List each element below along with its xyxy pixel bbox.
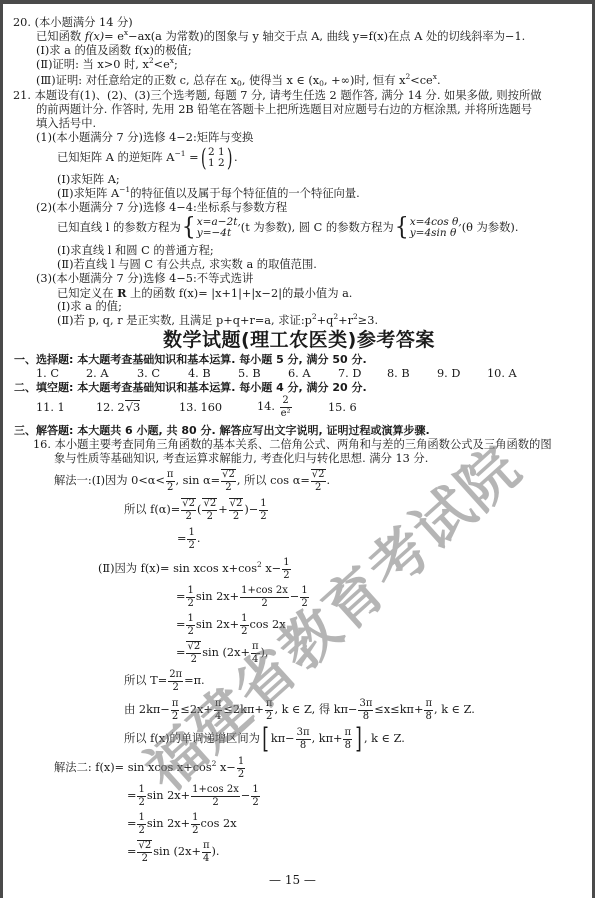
- text: 解法一:(Ⅰ)因为 0<α<: [54, 474, 165, 487]
- numerator: 2: [221, 469, 236, 482]
- fraction: π2: [265, 699, 274, 722]
- fraction: 12: [237, 757, 245, 780]
- fraction: 22: [137, 840, 152, 864]
- text: cos 2x: [201, 817, 237, 830]
- denominator: 8: [424, 711, 433, 722]
- q16-monotonic-interval: 所以 f(x)的单调递增区间为[kπ−3π8, kπ+π8], k ∈ Z.: [124, 726, 405, 752]
- fill-answer-12: 12. 23: [96, 401, 140, 415]
- text: 12. 2: [96, 401, 125, 414]
- left-brace: {: [395, 217, 409, 239]
- q16-f-alpha-result: =12.: [177, 526, 200, 552]
- left-bracket: [: [262, 727, 269, 751]
- denominator: 2: [282, 570, 290, 581]
- text: , kπ+: [312, 732, 343, 745]
- numerator: π: [171, 699, 180, 711]
- denominator: 2: [251, 797, 259, 808]
- text: 所以 T=: [124, 674, 167, 687]
- text: <e: [154, 58, 170, 71]
- denominator: 4: [202, 853, 211, 864]
- text: , 使得当 x ∈ (x: [242, 74, 319, 87]
- text: .: [234, 151, 238, 164]
- page-number: — 15 —: [269, 873, 316, 887]
- denominator: 2: [166, 482, 175, 493]
- q16-increasing-condition: 由 2kπ−π2≤2x+π4≤2kπ+π2, k ∈ Z, 得 kπ−3π8≤x…: [124, 697, 475, 723]
- text: +q: [317, 314, 334, 327]
- fraction: 22: [202, 498, 217, 522]
- denominator: 2: [186, 598, 194, 609]
- numerator: π: [251, 642, 260, 654]
- text: sin (2x+: [202, 646, 250, 659]
- denominator: 8: [296, 740, 311, 751]
- text: ≤2x+: [180, 703, 213, 716]
- text: (Ⅱ)求矩阵 A: [57, 187, 119, 200]
- text: 已知直线 l 的参数方程为: [57, 221, 181, 234]
- text: (t 为参数), 圆 C 的参数方程为: [241, 221, 394, 234]
- q21-intro-line1: 21. 本题设有(1)、(2)、(3)三个选考题, 每题 7 分, 请考生任选 …: [13, 89, 542, 103]
- numerator: 1+cos 2x: [191, 785, 240, 797]
- fraction: 12: [186, 586, 194, 609]
- q20-part2: (Ⅱ)证明: 当 x>0 时, x2<ex;: [36, 58, 178, 72]
- fraction: π8: [424, 699, 433, 722]
- denominator: 2: [300, 598, 308, 609]
- q21-s2-stem: 已知直线 l 的参数方程为{x=a−2t,y=−4t(t 为参数), 圆 C 的…: [57, 215, 518, 241]
- numerator: 1+cos 2x: [240, 586, 289, 598]
- choice-answer: 8. B: [387, 367, 410, 381]
- q21-s2-part2: (Ⅱ)若直线 l 与圆 C 有公共点, 求实数 a 的取值范围.: [57, 258, 317, 272]
- fraction: 22: [221, 469, 236, 493]
- choice-answer: 2. A: [86, 367, 109, 381]
- text: 所以 f(α)=: [124, 503, 180, 516]
- fraction: 2π2: [168, 670, 183, 693]
- text: kπ−: [271, 732, 295, 745]
- q21-intro-line3: 填入括号中.: [36, 117, 96, 131]
- fraction: 2e²: [280, 396, 292, 419]
- q16-number: 16.: [33, 438, 51, 451]
- text: cos 2x: [250, 618, 286, 631]
- q21-s3-part2: (Ⅱ)若 p, q, r 是正实数, 且满足 p+q+r=a, 求证:p2+q2…: [57, 314, 378, 328]
- q21-s3-stem: 已知定义在 R 上的函数 f(x)= |x+1|+|x−2|的最小值为 a.: [57, 286, 352, 301]
- q20-number: 20.: [13, 16, 31, 29]
- numerator: 1: [300, 586, 308, 598]
- numerator: π: [166, 470, 175, 482]
- q21-s1-part2: (Ⅱ)求矩阵 A−1的特征值以及属于每个特征值的一个特征向量.: [57, 187, 360, 201]
- denominator: 2: [186, 626, 194, 637]
- numerator: 2: [202, 498, 217, 511]
- denominator: 2: [221, 482, 236, 493]
- fraction: π2: [166, 470, 175, 493]
- numerator: 2: [229, 498, 244, 511]
- q16-period: 所以 T=2π2=π.: [124, 668, 205, 694]
- numerator: 1: [251, 785, 259, 797]
- fraction: 22: [311, 469, 326, 493]
- fraction: 22: [186, 641, 201, 665]
- q16-m2-line1: 解法二: f(x)= sin xcos x+cos2 x−12: [54, 755, 246, 781]
- q21-s2-part1: (Ⅰ)求直线 l 和圆 C 的普通方程;: [57, 244, 214, 258]
- q21-s1-part1: (Ⅰ)求矩阵 A;: [57, 173, 120, 187]
- numerator: 2: [280, 396, 292, 408]
- fraction: 1+cos 2x2: [191, 785, 240, 808]
- text: +r: [338, 314, 353, 327]
- numerator: 2: [186, 641, 201, 654]
- left-paren: (: [200, 147, 206, 169]
- denominator: 2: [168, 682, 183, 693]
- numerator: 1: [137, 785, 145, 797]
- fraction: π4: [202, 841, 211, 864]
- fraction: 12: [300, 586, 308, 609]
- q21-s3-header: (3)(本小题满分 7 分)选修 4−5:不等式选讲: [36, 272, 253, 286]
- denominator: 2: [240, 598, 289, 609]
- text: sin 2x+: [147, 817, 190, 830]
- numerator: 3π: [296, 728, 311, 740]
- numerator: 2: [311, 469, 326, 482]
- q20-part1: (Ⅰ)求 a 的值及函数 f(x)的极值;: [36, 44, 192, 58]
- fraction: 12: [186, 614, 194, 637]
- q20-header: 20. (本小题满分 14 分): [13, 16, 133, 30]
- denominator: 2: [191, 797, 240, 808]
- text: −ax(a 为常数)的图象与 y 轴交于点 A, 曲线 y=f(x)在点 A 处…: [128, 30, 525, 43]
- text: (θ 为参数).: [462, 221, 519, 234]
- matrix: 2 11 2: [208, 147, 225, 169]
- denominator: 2: [240, 626, 248, 637]
- q16-intro-line1: 16. 本小题主要考查同角三角函数的基本关系、二倍角公式、两角和与差的三角函数公…: [33, 438, 552, 452]
- right-bracket: ]: [355, 727, 362, 751]
- text: , 所以 cos α=: [237, 474, 310, 487]
- fill-answer-15: 15. 6: [328, 401, 357, 415]
- q16-m2-step3: =22sin (2x+π4).: [127, 839, 220, 865]
- q20-score: (本小题满分 14 分): [35, 16, 133, 29]
- fraction: 22: [181, 498, 196, 522]
- text: =: [177, 532, 186, 545]
- matrix-row: 1 2: [208, 158, 225, 169]
- fill-answer-14: 14. 2e²: [257, 393, 293, 421]
- numerator: 2: [181, 498, 196, 511]
- fill-answer-11: 11. 1: [36, 401, 65, 415]
- numerator: 1: [137, 813, 145, 825]
- fraction: π2: [171, 699, 180, 722]
- denominator: 2: [181, 511, 196, 522]
- q21-number: 21.: [13, 89, 31, 102]
- text: =π.: [184, 674, 204, 687]
- choice-answer: 10. A: [487, 367, 517, 381]
- numerator: 1: [187, 528, 195, 540]
- fraction: 3π8: [358, 699, 373, 722]
- denominator: 2: [229, 511, 244, 522]
- q21-s2-header: (2)(本小题满分 7 分)选修 4−4:坐标系与参数方程: [36, 201, 287, 215]
- denominator: 8: [343, 740, 352, 751]
- fraction: 1+cos 2x2: [240, 586, 289, 609]
- text: x−: [262, 562, 281, 575]
- q16-intro-line2: 象与性质等基础知识, 考查运算求解能力, 考查化归与转化思想. 满分 13 分.: [54, 452, 428, 466]
- fill-answer-13: 13. 160: [179, 401, 222, 415]
- fraction: 12: [259, 499, 267, 522]
- choice-answer: 9. D: [437, 367, 460, 381]
- q16-f-alpha: 所以 f(α)=22(22+22)−12: [124, 497, 269, 523]
- text: <ce: [410, 74, 432, 87]
- left-brace: {: [182, 217, 196, 239]
- numerator: 1: [186, 586, 194, 598]
- text: 的特征值以及属于每个特征值的一个特征向量.: [130, 187, 360, 200]
- denominator: 2: [137, 853, 152, 864]
- q20-stem: 已知函数 f(x)= ex−ax(a 为常数)的图象与 y 轴交于点 A, 曲线…: [36, 30, 525, 44]
- text: −1: [174, 149, 185, 158]
- text: , k ∈ Z.: [434, 703, 475, 716]
- text: (Ⅱ)因为 f(x)= sin xcos x+cos: [98, 562, 257, 575]
- text: .: [437, 74, 441, 87]
- text: , k ∈ Z.: [364, 732, 405, 745]
- text: 已知函数: [36, 30, 85, 43]
- numerator: 2π: [168, 670, 183, 682]
- denominator: 2: [187, 540, 195, 551]
- fraction: π8: [343, 728, 352, 751]
- document-page: 20. (本小题满分 14 分) 已知函数 f(x)= ex−ax(a 为常数)…: [3, 4, 592, 898]
- q20-part3: (Ⅲ)证明: 对任意给定的正数 c, 总存在 x0, 使得当 x ∈ (x0, …: [36, 74, 441, 88]
- section3-header: 三、解答题: 本大题共 6 小题, 共 80 分. 解答应写出文字说明, 证明过…: [14, 424, 430, 438]
- fraction: 12: [191, 813, 199, 836]
- eq-row: y=4sin θ: [410, 228, 462, 239]
- text: = e: [104, 30, 124, 43]
- eq-row: y=−4t: [197, 228, 241, 239]
- section1-header: 一、选择题: 本大题考查基础知识和基本运算. 每小题 5 分, 满分 50 分.: [14, 353, 367, 367]
- text: 解法二: f(x)= sin xcos x+cos: [54, 761, 212, 774]
- choice-answer: 3. C: [137, 367, 160, 381]
- fraction: π4: [251, 642, 260, 665]
- denominator: 2: [237, 769, 245, 780]
- denominator: 2: [171, 711, 180, 722]
- sqrt: 3: [125, 400, 140, 414]
- text: ),: [261, 646, 269, 659]
- fraction: 12: [240, 614, 248, 637]
- text: (Ⅱ)若 p, q, r 是正实数, 且满足 p+q+r=a, 求证:p: [57, 314, 312, 327]
- fraction: 12: [282, 558, 290, 581]
- denominator: 2: [186, 654, 201, 665]
- text: ≥3.: [358, 314, 378, 327]
- q16-m2-step1: =12sin 2x+1+cos 2x2−12: [127, 783, 261, 809]
- text: ;: [174, 58, 178, 71]
- text: , sin α=: [176, 474, 221, 487]
- text: 已知矩阵 A 的逆矩阵 A: [57, 151, 174, 164]
- text: sin 2x+: [147, 789, 190, 802]
- q21-s1-stem: 已知矩阵 A 的逆矩阵 A−1 =(2 11 2).: [57, 145, 238, 171]
- choice-answer: 1. C: [36, 367, 59, 381]
- numerator: π: [265, 699, 274, 711]
- numerator: 1: [259, 499, 267, 511]
- text: ≤x≤kπ+: [374, 703, 423, 716]
- text: =: [186, 151, 199, 164]
- text: 本题设有(1)、(2)、(3)三个选考题, 每题 7 分, 请考生任选 2 题作…: [35, 89, 542, 102]
- text: (Ⅱ)证明: 当 x>0 时, x: [36, 58, 149, 71]
- denominator: 2: [311, 482, 326, 493]
- text: ≤2kπ+: [223, 703, 263, 716]
- text: sin (2x+: [153, 845, 201, 858]
- circle-param-eq: x=4cos θ,y=4sin θ: [410, 217, 462, 239]
- q21-intro-line2: 的前两题计分. 作答时, 先用 2B 铅笔在答题卡上把所选题目对应题号右边的方框…: [36, 103, 532, 117]
- q21-s1-header: (1)(本小题满分 7 分)选修 4−2:矩阵与变换: [36, 131, 253, 145]
- section2-header: 二、填空题: 本大题考查基础知识和基本运算. 每小题 4 分, 满分 20 分.: [14, 381, 367, 395]
- text: ).: [212, 845, 220, 858]
- choice-answer: 4. B: [188, 367, 211, 381]
- text: sin 2x+: [196, 618, 239, 631]
- denominator: 2: [191, 825, 199, 836]
- denominator: 4: [214, 711, 223, 722]
- numerator: 1: [282, 558, 290, 570]
- denominator: 8: [358, 711, 373, 722]
- fraction: 22: [229, 498, 244, 522]
- numerator: π: [202, 841, 211, 853]
- q16-step2: =12sin 2x+12cos 2x: [176, 612, 286, 638]
- q16-step1: =12sin 2x+1+cos 2x2−12: [176, 584, 310, 610]
- q16-step3: =22sin (2x+π4),: [176, 640, 269, 666]
- text: x−: [216, 761, 235, 774]
- numerator: 1: [240, 614, 248, 626]
- numerator: π: [343, 728, 352, 740]
- text: .: [327, 474, 331, 487]
- text: , +∞)时, 恒有 x: [324, 74, 406, 87]
- denominator: 2: [259, 511, 267, 522]
- numerator: 1: [191, 813, 199, 825]
- denominator: 2: [137, 797, 145, 808]
- text: 所以 f(x)的单调递增区间为: [124, 732, 260, 745]
- denominator: 4: [251, 654, 260, 665]
- denominator: 2: [265, 711, 274, 722]
- numerator: 2: [137, 840, 152, 853]
- fraction: 12: [187, 528, 195, 551]
- choice-answer: 6. A: [288, 367, 311, 381]
- denominator: e²: [280, 408, 292, 419]
- q21-s3-part1: (Ⅰ)求 a 的值;: [57, 300, 122, 314]
- numerator: 1: [237, 757, 245, 769]
- denominator: 2: [137, 825, 145, 836]
- text: −1: [119, 185, 130, 194]
- choice-answer: 5. B: [238, 367, 261, 381]
- fraction: π4: [214, 699, 223, 722]
- line-param-eq: x=a−2t,y=−4t: [197, 217, 241, 239]
- q16-m1-part1: 解法一:(Ⅰ)因为 0<α<π2, sin α=22, 所以 cos α=22.: [54, 468, 330, 494]
- numerator: π: [424, 699, 433, 711]
- text: 上的函数 f(x)= |x+1|+|x−2|的最小值为 a.: [126, 287, 352, 300]
- q16-m2-step2: =12sin 2x+12cos 2x: [127, 811, 237, 837]
- numerator: 1: [186, 614, 194, 626]
- fraction: 3π8: [296, 728, 311, 751]
- text: sin 2x+: [196, 590, 239, 603]
- text: 已知定义在: [57, 287, 117, 300]
- text: f(x): [85, 30, 104, 43]
- fraction: 12: [137, 813, 145, 836]
- text: 由 2kπ−: [124, 703, 170, 716]
- numerator: 3π: [358, 699, 373, 711]
- choice-answer: 7. D: [338, 367, 361, 381]
- text: 本小题主要考查同角三角函数的基本关系、二倍角公式、两角和与差的三角函数公式及三角…: [55, 438, 552, 451]
- text: 14.: [257, 400, 275, 413]
- denominator: 2: [202, 511, 217, 522]
- numerator: π: [214, 699, 223, 711]
- text: , k ∈ Z, 得 kπ−: [274, 703, 357, 716]
- q16-m1-part2: (Ⅱ)因为 f(x)= sin xcos x+cos2 x−12: [98, 556, 292, 582]
- fraction: 12: [137, 785, 145, 808]
- text: (Ⅲ)证明: 对任意给定的正数 c, 总存在 x: [36, 74, 237, 87]
- right-paren: ): [227, 147, 233, 169]
- fraction: 12: [251, 785, 259, 808]
- answers-title: 数学试题(理工农医类)参考答案: [163, 328, 435, 352]
